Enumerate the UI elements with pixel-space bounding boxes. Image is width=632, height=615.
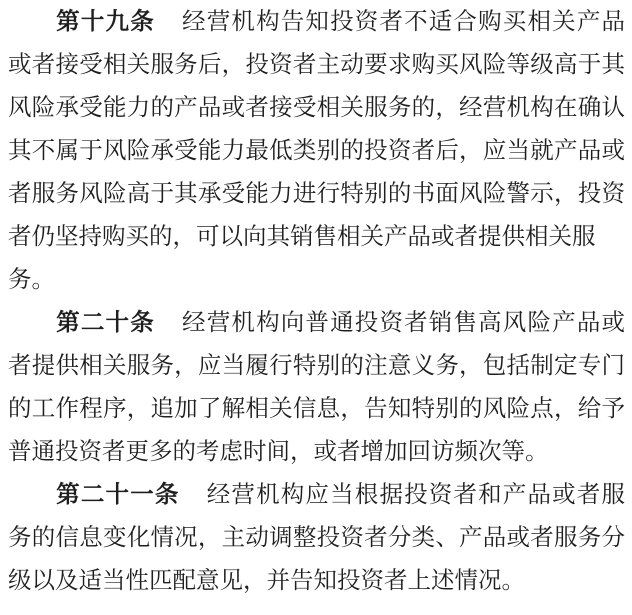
article-label: 第二十条: [55, 310, 155, 336]
text-line: 第十九条经营机构告知投资者不适合购买相关产品: [8, 1, 625, 44]
text-line: 者服务风险高于其承受能力进行特别的书面风险警示，投资: [8, 173, 625, 216]
paragraph-article-19: 第十九条经营机构告知投资者不适合购买相关产品 或者接受相关服务后，投资者主动要求…: [8, 1, 625, 302]
text-line: 风险承受能力的产品或者接受相关服务的，经营机构在确认: [8, 87, 625, 130]
label-gap: [180, 501, 206, 502]
text-line-content: 经营机构向普通投资者销售高风险产品或: [181, 310, 625, 336]
text-line: 者仍坚持购买的，可以向其销售相关产品或者提供相关服: [8, 216, 625, 259]
text-line-content: 经营机构告知投资者不适合购买相关产品: [181, 9, 625, 35]
text-line: 第二十条经营机构向普通投资者销售高风险产品或: [8, 302, 625, 345]
text-line: 或者接受相关服务后，投资者主动要求购买风险等级高于其: [8, 44, 625, 87]
text-line: 其不属于风险承受能力最低类别的投资者后，应当就产品或: [8, 130, 625, 173]
paragraph-article-20: 第二十条经营机构向普通投资者销售高风险产品或 者提供相关服务，应当履行特别的注意…: [8, 302, 625, 474]
text-line: 者提供相关服务，应当履行特别的注意义务，包括制定专门: [8, 345, 625, 388]
text-line: 务。: [8, 259, 625, 302]
text-line: 务的信息变化情况，主动调整投资者分类、产品或者服务分: [8, 517, 625, 560]
article-label: 第二十一条: [55, 482, 180, 508]
paragraph-article-21: 第二十一条经营机构应当根据投资者和产品或者服 务的信息变化情况，主动调整投资者分…: [8, 474, 625, 603]
first-line-indent: [8, 28, 55, 29]
text-line: 级以及适当性匹配意见，并告知投资者上述情况。: [8, 560, 625, 603]
text-line: 的工作程序，追加了解相关信息，告知特别的风险点，给予: [8, 388, 625, 431]
text-line: 普通投资者更多的考虑时间，或者增加回访频次等。: [8, 431, 625, 474]
label-gap: [155, 329, 181, 330]
article-label: 第十九条: [55, 9, 155, 35]
document-page: 第十九条经营机构告知投资者不适合购买相关产品 或者接受相关服务后，投资者主动要求…: [0, 0, 632, 615]
text-line-content: 经营机构应当根据投资者和产品或者服: [206, 482, 625, 508]
first-line-indent: [8, 329, 55, 330]
text-line: 第二十一条经营机构应当根据投资者和产品或者服: [8, 474, 625, 517]
first-line-indent: [8, 501, 55, 502]
label-gap: [155, 28, 181, 29]
